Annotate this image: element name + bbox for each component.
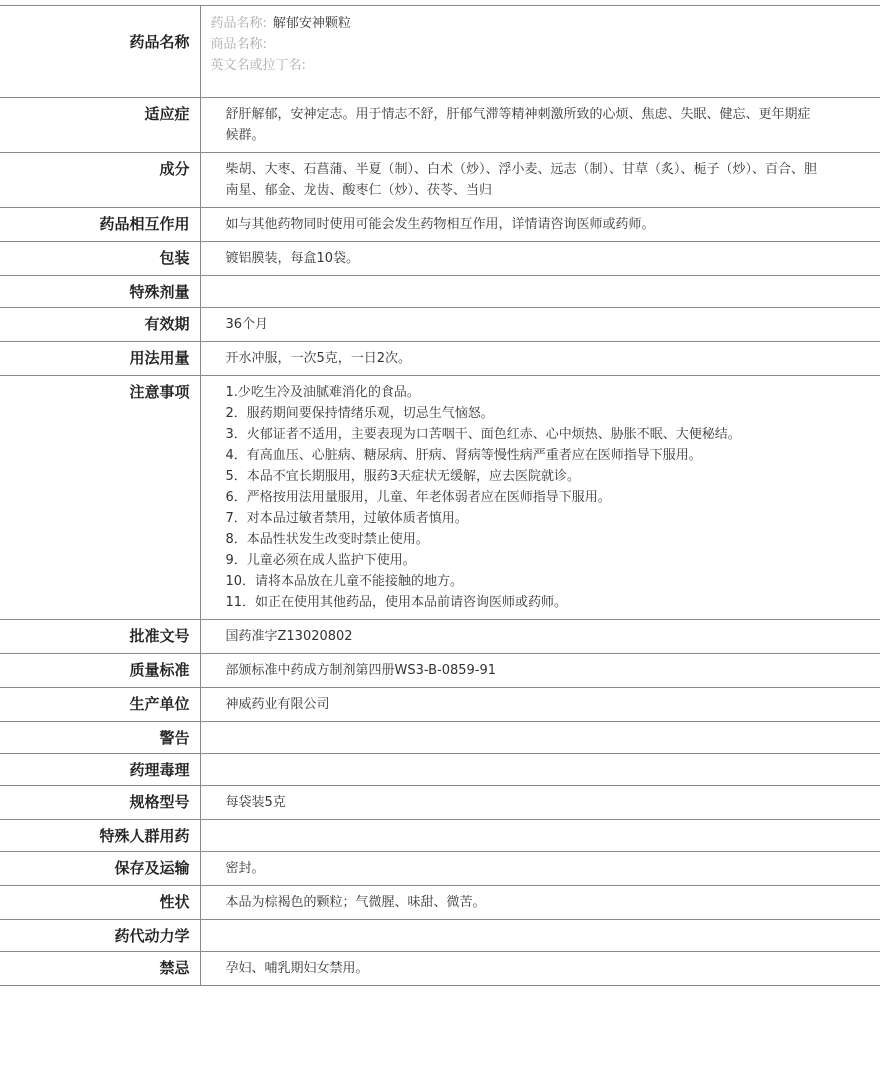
english-name-key: 英文名或拉丁名: — [211, 58, 306, 73]
row-ingredients: 成分 柴胡、大枣、石菖蒲、半夏（制）、白术（炒）、浮小麦、远志（制）、甘草（炙）… — [0, 153, 880, 208]
row-drug-name: 药品名称 药品名称:解郁安神颗粒 商品名称: 英文名或拉丁名: — [0, 6, 880, 98]
precaution-item: 11．如正在使用其他药品，使用本品前请咨询医师或药师。 — [226, 592, 821, 613]
label-approval-number: 批准文号 — [0, 620, 200, 654]
row-precautions: 注意事项 1.少吃生冷及油腻难消化的食品。 2．服药期间要保持情绪乐观，切忌生气… — [0, 376, 880, 620]
generic-name-line: 药品名称:解郁安神颗粒 — [211, 13, 821, 34]
value-interactions: 如与其他药物同时使用可能会发生药物相互作用，详情请咨询医师或药师。 — [200, 208, 880, 242]
row-interactions: 药品相互作用 如与其他药物同时使用可能会发生药物相互作用，详情请咨询医师或药师。 — [0, 208, 880, 242]
label-warning: 警告 — [0, 722, 200, 754]
value-description: 本品为棕褐色的颗粒；气微腥、味甜、微苦。 — [200, 886, 880, 920]
precaution-item: 2．服药期间要保持情绪乐观，切忌生气恼怒。 — [226, 403, 821, 424]
label-interactions: 药品相互作用 — [0, 208, 200, 242]
value-quality-standard: 部颁标准中药成方制剂第四册WS3-B-0859-91 — [200, 654, 880, 688]
row-quality-standard: 质量标准 部颁标准中药成方制剂第四册WS3-B-0859-91 — [0, 654, 880, 688]
row-warning: 警告 — [0, 722, 880, 754]
value-precautions: 1.少吃生冷及油腻难消化的食品。 2．服药期间要保持情绪乐观，切忌生气恼怒。 3… — [200, 376, 880, 620]
drug-spec-table: 药品名称 药品名称:解郁安神颗粒 商品名称: 英文名或拉丁名: 适应症 舒肝解郁… — [0, 5, 880, 986]
precaution-item: 5．本品不宜长期服用，服药3天症状无缓解，应去医院就诊。 — [226, 466, 821, 487]
row-dosage: 用法用量 开水冲服，一次5克，一日2次。 — [0, 342, 880, 376]
precaution-item: 7．对本品过敏者禁用，过敏体质者慎用。 — [226, 508, 821, 529]
label-special-dosage: 特殊剂量 — [0, 276, 200, 308]
trade-name-key: 商品名称: — [211, 37, 267, 52]
row-pharmacokinetics: 药代动力学 — [0, 920, 880, 952]
precaution-item: 6．严格按用法用量服用，儿童、年老体弱者应在医师指导下服用。 — [226, 487, 821, 508]
label-precautions: 注意事项 — [0, 376, 200, 620]
precaution-item: 8．本品性状发生改变时禁止使用。 — [226, 529, 821, 550]
value-warning — [200, 722, 880, 754]
row-specification: 规格型号 每袋装5克 — [0, 786, 880, 820]
value-expiry: 36个月 — [200, 308, 880, 342]
value-ingredients: 柴胡、大枣、石菖蒲、半夏（制）、白术（炒）、浮小麦、远志（制）、甘草（炙）、栀子… — [200, 153, 880, 208]
value-specification: 每袋装5克 — [200, 786, 880, 820]
precaution-item: 9．儿童必须在成人监护下使用。 — [226, 550, 821, 571]
value-special-dosage — [200, 276, 880, 308]
row-manufacturer: 生产单位 神威药业有限公司 — [0, 688, 880, 722]
label-manufacturer: 生产单位 — [0, 688, 200, 722]
label-indications: 适应症 — [0, 98, 200, 153]
row-storage: 保存及运输 密封。 — [0, 852, 880, 886]
value-approval-number: 国药准字Z13020802 — [200, 620, 880, 654]
row-packaging: 包装 镀铝膜装，每盒10袋。 — [0, 242, 880, 276]
row-description: 性状 本品为棕褐色的颗粒；气微腥、味甜、微苦。 — [0, 886, 880, 920]
label-packaging: 包装 — [0, 242, 200, 276]
row-pharmacology: 药理毒理 — [0, 754, 880, 786]
label-dosage: 用法用量 — [0, 342, 200, 376]
value-pharmacokinetics — [200, 920, 880, 952]
label-specification: 规格型号 — [0, 786, 200, 820]
row-contraindications: 禁忌 孕妇、哺乳期妇女禁用。 — [0, 952, 880, 986]
precaution-item: 4．有高血压、心脏病、糖尿病、肝病、肾病等慢性病严重者应在医师指导下服用。 — [226, 445, 821, 466]
label-ingredients: 成分 — [0, 153, 200, 208]
value-indications: 舒肝解郁，安神定志。用于情志不舒，肝郁气滞等精神刺激所致的心烦、焦虑、失眠、健忘… — [200, 98, 880, 153]
trade-name-line: 商品名称: — [211, 34, 821, 55]
label-contraindications: 禁忌 — [0, 952, 200, 986]
row-expiry: 有效期 36个月 — [0, 308, 880, 342]
generic-name-value: 解郁安神颗粒 — [273, 16, 351, 31]
precaution-item: 3．火郁证者不适用，主要表现为口苦咽干、面色红赤、心中烦热、胁胀不眠、大便秘结。 — [226, 424, 821, 445]
label-quality-standard: 质量标准 — [0, 654, 200, 688]
value-contraindications: 孕妇、哺乳期妇女禁用。 — [200, 952, 880, 986]
drug-name-block: 药品名称:解郁安神颗粒 商品名称: 英文名或拉丁名: — [200, 6, 880, 98]
label-description: 性状 — [0, 886, 200, 920]
value-special-populations — [200, 820, 880, 852]
label-pharmacokinetics: 药代动力学 — [0, 920, 200, 952]
value-manufacturer: 神威药业有限公司 — [200, 688, 880, 722]
value-pharmacology — [200, 754, 880, 786]
english-name-line: 英文名或拉丁名: — [211, 55, 821, 76]
generic-name-key: 药品名称: — [211, 16, 267, 31]
label-pharmacology: 药理毒理 — [0, 754, 200, 786]
precaution-item: 1.少吃生冷及油腻难消化的食品。 — [226, 382, 821, 403]
value-packaging: 镀铝膜装，每盒10袋。 — [200, 242, 880, 276]
row-special-dosage: 特殊剂量 — [0, 276, 880, 308]
value-storage: 密封。 — [200, 852, 880, 886]
row-indications: 适应症 舒肝解郁，安神定志。用于情志不舒，肝郁气滞等精神刺激所致的心烦、焦虑、失… — [0, 98, 880, 153]
value-dosage: 开水冲服，一次5克，一日2次。 — [200, 342, 880, 376]
label-drug-name: 药品名称 — [0, 6, 200, 98]
label-special-populations: 特殊人群用药 — [0, 820, 200, 852]
label-storage: 保存及运输 — [0, 852, 200, 886]
label-expiry: 有效期 — [0, 308, 200, 342]
row-special-populations: 特殊人群用药 — [0, 820, 880, 852]
precaution-item: 10．请将本品放在儿童不能接触的地方。 — [226, 571, 821, 592]
row-approval-number: 批准文号 国药准字Z13020802 — [0, 620, 880, 654]
